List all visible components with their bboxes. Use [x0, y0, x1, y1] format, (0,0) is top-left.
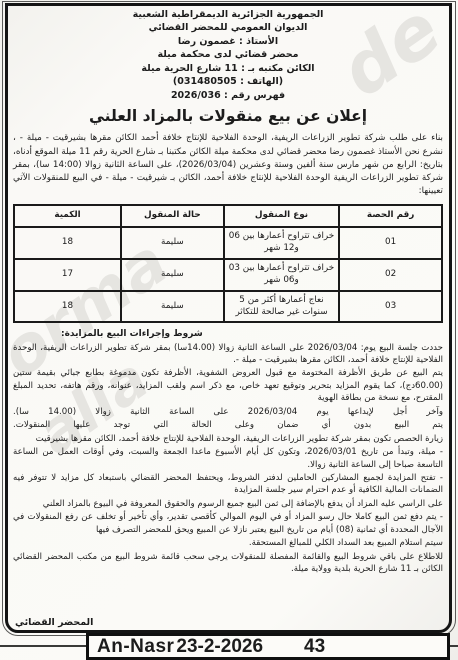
table-header-row: رقم الحصة نوع المنقول حالة المنقول الكمي…: [14, 205, 442, 227]
cell-lot-number: 03: [339, 291, 442, 323]
publication-date: 23-2-2026: [176, 636, 263, 658]
cell-movable-type: خراف تتراوح أعمارها بين 06 و12 شهر: [224, 227, 340, 259]
col-header-movable-type: نوع المنقول: [224, 205, 340, 227]
sale-conditions-section: شروط وإجراءات البيع بالمزايدة: حددت جلسة…: [13, 328, 443, 575]
header-country-line: الجمهورية الجزائرية الديمقراطية الشعبية: [13, 8, 443, 21]
publication-name: An-Nasr: [97, 636, 174, 658]
condition-item: سيتم استلام المبيع بعد السداد الكلي للمب…: [13, 537, 443, 549]
cell-quantity: 18: [14, 227, 121, 259]
col-header-condition: حالة المنقول: [121, 205, 224, 227]
col-header-lot-number: رقم الحصة: [339, 205, 442, 227]
cell-condition: سليمة: [121, 227, 224, 259]
condition-item: - تفتح المزايدة لجميع المشاركين الحاملين…: [13, 472, 443, 497]
cell-lot-number: 01: [339, 227, 442, 259]
official-header: الجمهورية الجزائرية الديمقراطية الشعبية …: [13, 8, 443, 102]
conditions-heading: شروط وإجراءات البيع بالمزايدة:: [13, 328, 443, 341]
header-bailiff-name: الأستاذ : غصمون رضا: [13, 35, 443, 48]
header-office-line: الديوان العمومي للمحضر القضائي: [13, 21, 443, 34]
condition-item: - يتم دفع ثمن البيع كاملا حال رسو المزاد…: [13, 511, 443, 536]
header-role-line: محضر قضائي لدى محكمة ميلة: [13, 48, 443, 61]
condition-item: - ميلة، وتبدأ من تاريخ 2026/03/01، وتكون…: [13, 446, 443, 471]
header-address-line: الكائن مكتبه بـ : 11 شارع الحرية ميلة: [13, 62, 443, 75]
intro-paragraph: بناء على طلب شركة تطوير الزراعات الريفية…: [13, 132, 443, 198]
condition-item: زيارة الحصص تكون بمقر شركة تطوير الزراعا…: [13, 433, 443, 445]
cell-condition: سليمة: [121, 259, 224, 291]
cell-quantity: 18: [14, 291, 121, 323]
cell-quantity: 17: [14, 259, 121, 291]
condition-item: حددت جلسة البيع يوم: 2026/03/04 على السا…: [13, 342, 443, 367]
cell-lot-number: 02: [339, 259, 442, 291]
cell-condition: سليمة: [121, 291, 224, 323]
col-header-quantity: الكمية: [14, 205, 121, 227]
page-title: إعلان عن بيع منقولات بالمزاد العلني: [13, 107, 443, 125]
bailiff-signature: المحضر القضائي: [15, 617, 93, 628]
table-row: 01 خراف تتراوح أعمارها بين 06 و12 شهر سل…: [14, 227, 442, 259]
page-number: 43: [304, 636, 325, 658]
table-row: 02 خراف تتراوح أعمارها بين 03 و06 شهر سل…: [14, 259, 442, 291]
header-phone-line: (الهاتف : 031480505): [13, 75, 443, 88]
condition-item: يتم البيع عن طريق الأظرفة المختومة مع قب…: [13, 367, 443, 404]
cell-movable-type: خراف تتراوح أعمارها بين 03 و06 شهر: [224, 259, 340, 291]
table-row: 03 نعاج أعمارها أكثر من 5 سنوات غير صالح…: [14, 291, 442, 323]
cell-movable-type: نعاج أعمارها أكثر من 5 سنوات غير صالحة ل…: [224, 291, 340, 323]
notice-body: الجمهورية الجزائرية الديمقراطية الشعبية …: [13, 8, 443, 630]
lots-table: رقم الحصة نوع المنقول حالة المنقول الكمي…: [13, 204, 443, 323]
newspaper-footer-box: An-Nasr 23-2-2026 43: [86, 633, 450, 660]
condition-item: يتم البيع بدون أي ضمان وعلى الحالة التي …: [13, 419, 443, 431]
condition-item: للاطلاع على باقي شروط البيع والقائمة الم…: [13, 551, 443, 576]
condition-item: على الراسي عليه المزاد أن يدفع بالإضافة …: [13, 498, 443, 510]
header-index-number: فهرس رقم : 2026/036: [13, 89, 443, 102]
condition-item: وآخر أجل لإيداعها يوم 2026/03/04 على الس…: [13, 406, 443, 418]
